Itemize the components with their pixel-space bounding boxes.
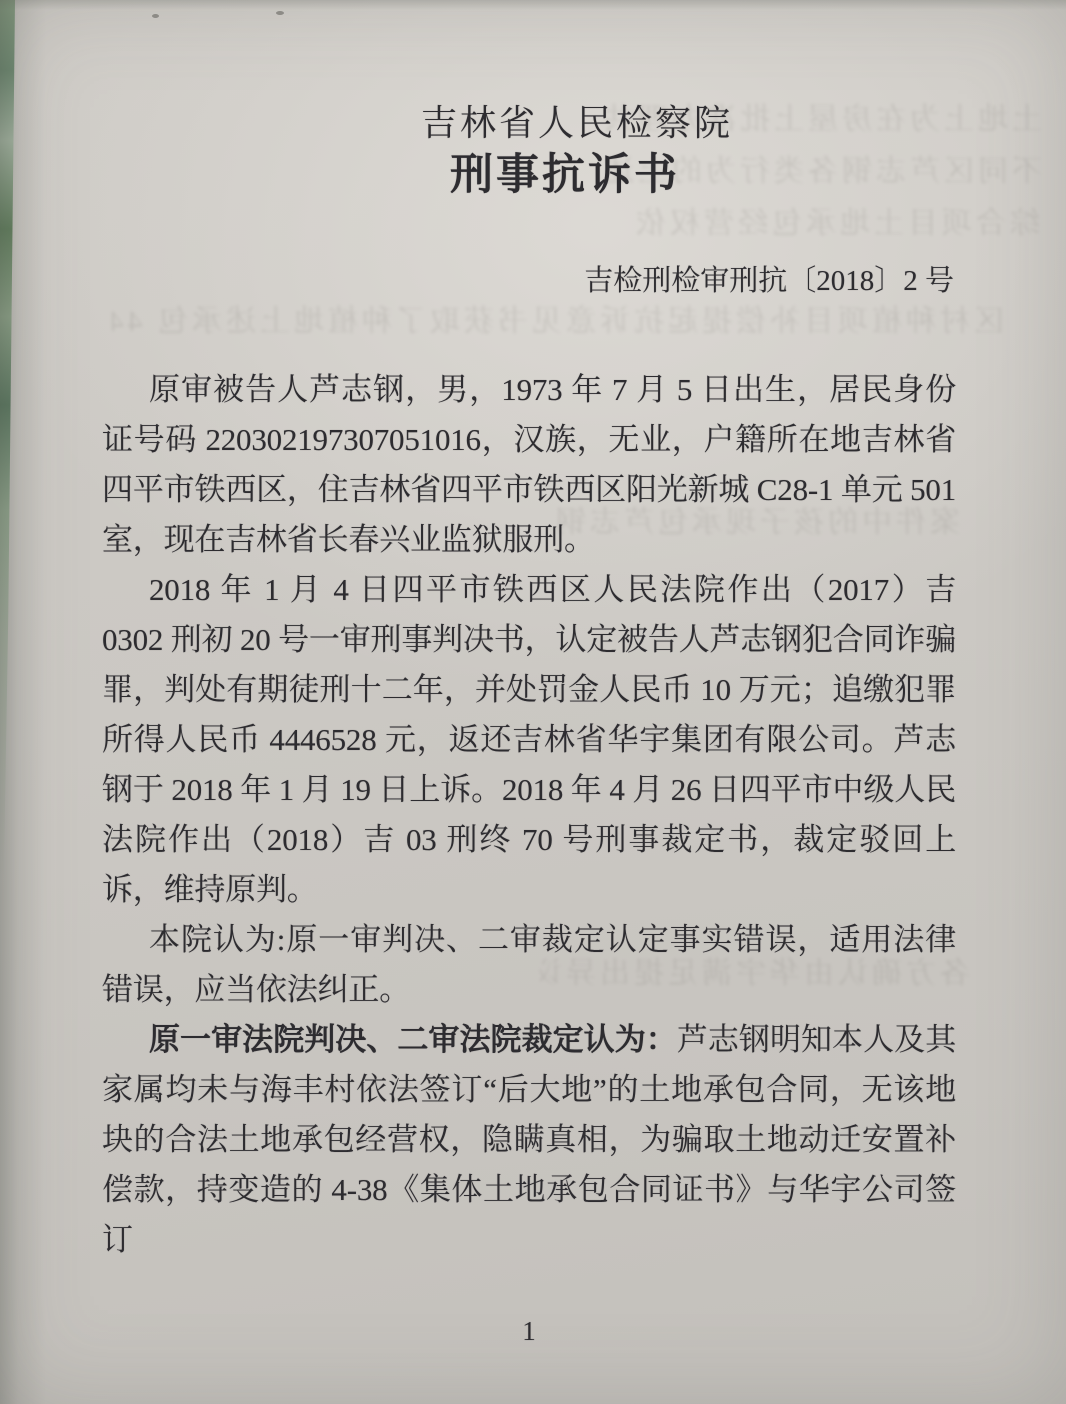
paragraph: 原一审法院判决、二审法院裁定认为：芦志钢明知本人及其家属均未与海丰村依法签订“后…: [102, 1015, 956, 1265]
document-photo: 土地上为在房屋上批准办理共同上报提请审判监督程不同区芦志钢各类行为的上述置项点被…: [0, 0, 1066, 1404]
paragraph: 原审被告人芦志钢，男，1973 年 7 月 5 日出生，居民身份证号码 2203…: [102, 365, 956, 565]
issuing-authority: 吉林省人民检察院: [44, 0, 1066, 147]
document-title: 刑事抗诉书: [32, 147, 1066, 205]
document-body: 原审被告人芦志钢，男，1973 年 7 月 5 日出生，居民身份证号码 2203…: [102, 365, 956, 1265]
paragraph-lead: 原一审法院判决、二审法院裁定认为：: [149, 1022, 677, 1057]
document-number: 吉检刑检审刑抗〔2018〕2 号: [0, 259, 1066, 303]
paragraph: 本院认为:原一审判决、二审裁定认定事实错误，适用法律错误，应当依法纠正。: [102, 915, 956, 1015]
document-page: 吉林省人民检察院 刑事抗诉书 吉检刑检审刑抗〔2018〕2 号 原审被告人芦志钢…: [0, 0, 1066, 1404]
page-number: 1: [102, 1316, 956, 1347]
paragraph: 2018 年 1 月 4 日四平市铁西区人民法院作出（2017）吉 0302 刑…: [102, 565, 956, 915]
